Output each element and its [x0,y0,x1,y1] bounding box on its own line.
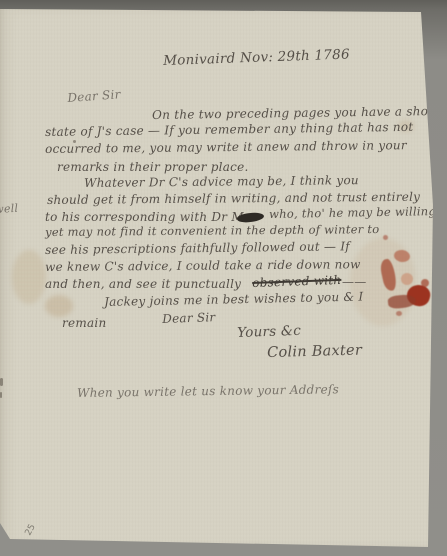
body-line: occurred to me, you may write it anew an… [45,139,407,155]
stain [45,295,73,317]
body-line: to his corresponding with Dr M [45,211,244,223]
pencil-page-number: 25 [24,523,38,538]
postscript: When you write let us know your Addreſs [77,383,339,399]
closing-remain: remain [62,317,106,329]
scan-background: { "letter": { "dateline": "Monivaird Nov… [0,0,447,556]
margin-note: well [0,203,19,215]
stain [12,250,46,304]
body-line: On the two preceding pages you have a sh… [152,105,439,121]
dash-flourish: —— [342,276,367,288]
body-line: we knew C's advice, I could take a ride … [45,258,361,273]
body-line: yet may not find it convenient in the de… [45,224,379,238]
body-line: see his prescriptions faithfully followe… [45,240,350,256]
body-line: should get it from himself in writing, a… [47,191,420,206]
ink-speck [0,392,2,398]
body-line: and then, and see it punctually [45,278,241,290]
ink-speck [0,378,3,386]
salutation: Dear Sir [67,88,121,104]
body-line: Whatever Dr C's advice may be, I think y… [84,174,359,189]
signature: Colin Baxter [267,344,362,361]
strikethrough-text: observed with [252,274,342,289]
valediction: Yours &c [237,325,301,341]
dateline: Monivaird Nov: 29th 1786 [163,48,350,68]
body-line: Jackey joins me in best wishes to you & … [104,291,364,308]
red-wax-seal-icon [381,249,431,319]
body-line: state of J's case — If you remember any … [45,121,413,138]
body-line: who, tho' he may be willing [269,206,436,220]
body-line: remarks in their proper place. [57,161,249,173]
letter-page: Monivaird Nov: 29th 1786 Dear Sir On the… [0,0,447,556]
closing-salute: Dear Sir [162,311,216,325]
